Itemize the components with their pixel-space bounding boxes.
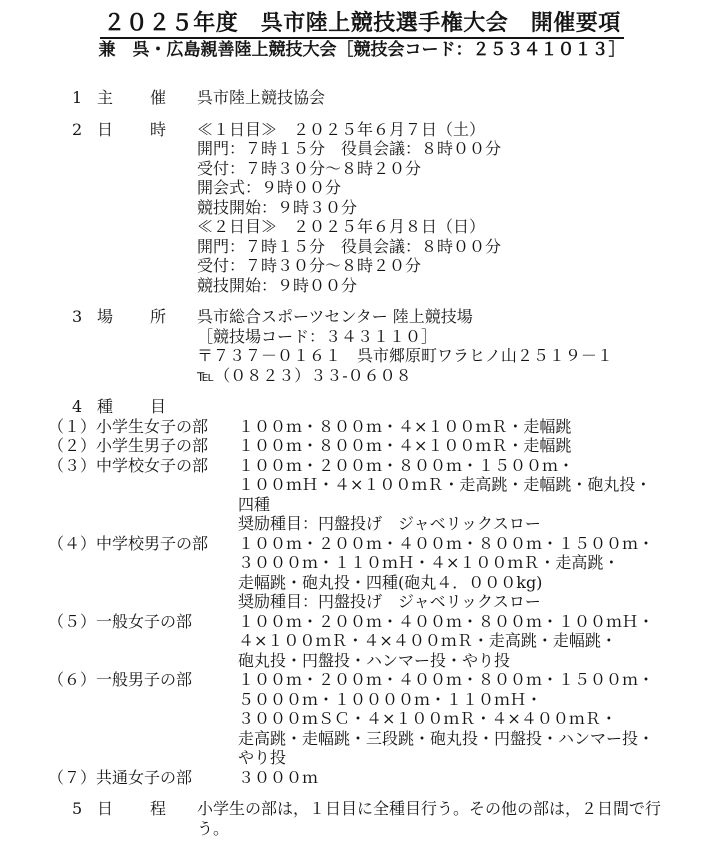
schedule-text-continuation: う。 xyxy=(0,819,724,839)
event-item-6-events: １００ｍ・２００ｍ・４００ｍ・８００ｍ・１５００ｍ・ xyxy=(238,670,654,690)
day1-start-time: 競技開始：９時３０分 xyxy=(197,198,357,218)
venue-address: 〒７３７－０１６１ 呉市郷原町ワラヒノ山２５１９－１ xyxy=(197,346,613,366)
venue-code-line: ［競技場コード：３４３１１０］ xyxy=(0,327,724,347)
section-3-number: 3 xyxy=(72,307,82,327)
page-subtitle: 兼 呉・広島親善陸上競技大会［競技会コード：２５３４１０１３］ xyxy=(99,40,626,60)
section-venue: 3 場 所 呉市総合スポーツセンター 陸上競技場 xyxy=(0,307,724,327)
event-item-4-encouragement: 奨励種目：円盤投げ ジャベリックスロー xyxy=(0,592,724,612)
event-item-1: （１）小学生女子の部 １００ｍ・８００ｍ・４×１００ｍＲ・走幅跳 xyxy=(0,417,724,437)
spacer xyxy=(0,295,724,307)
event-item-4: （４）中学校男子の部 １００ｍ・２００ｍ・４００ｍ・８００ｍ・１５００ｍ・ xyxy=(0,534,724,554)
section-4-label-char1: 種 xyxy=(97,397,113,417)
event-item-3-events: 四種 xyxy=(238,495,270,515)
event-item-5: （５）一般女子の部 １００ｍ・２００ｍ・４００ｍ・８００ｍ・１００ｍＨ・ xyxy=(0,612,724,632)
section-schedule: 5 日 程 小学生の部は，１日目に全種目行う。その他の部は，２日間で行 xyxy=(0,799,724,819)
venue-tel-line: ℡（０８２３）３３-０６０８ xyxy=(0,366,724,386)
event-item-6-events: やり投 xyxy=(238,748,286,768)
section-1-label-char2: 催 xyxy=(150,88,166,108)
spacer xyxy=(0,385,724,397)
schedule-text: 小学生の部は，１日目に全種目行う。その他の部は，２日間で行 xyxy=(197,799,661,819)
event-item-5-continuation: 砲丸投・円盤投・ハンマー投・やり投 xyxy=(0,651,724,671)
event-item-2-label: （２）小学生男子の部 xyxy=(48,436,208,456)
section-2-label-char2: 時 xyxy=(150,120,166,140)
venue-code: ［競技場コード：３４３１１０］ xyxy=(197,327,437,347)
event-item-3-events: １００ｍＨ・４×１００ｍＲ・走高跳・走幅跳・砲丸投・ xyxy=(238,475,651,495)
event-item-7: （７）共通女子の部 ３０００ｍ xyxy=(0,768,724,788)
day1-heading: ≪１日目≫ ２０２５年６月７日（土） xyxy=(197,120,485,140)
event-item-3-events: １００ｍ・２００ｍ・８００ｍ・１５００ｍ・ xyxy=(238,456,574,476)
event-item-3: （３）中学校女子の部 １００ｍ・２００ｍ・８００ｍ・１５００ｍ・ xyxy=(0,456,724,476)
section-4-number: 4 xyxy=(72,397,82,417)
event-item-7-events: ３０００ｍ xyxy=(238,768,318,788)
event-item-6-continuation: やり投 xyxy=(0,748,724,768)
section-events: 4 種 目 xyxy=(0,397,724,417)
document-page: ２０２５年度 呉市陸上競技選手権大会 開催要項 兼 呉・広島親善陸上競技大会［競… xyxy=(0,0,724,843)
event-item-2: （２）小学生男子の部 １００ｍ・８００ｍ・４×１００ｍＲ・走幅跳 xyxy=(0,436,724,456)
day2-heading-line: ≪２日目≫ ２０２５年６月８日（日） xyxy=(0,217,724,237)
day1-gate-line: 開門：７時１５分 役員会議：８時００分 xyxy=(0,139,724,159)
venue-name: 呉市総合スポーツセンター 陸上競技場 xyxy=(197,307,473,327)
section-5-label-char2: 程 xyxy=(150,799,166,819)
event-item-1-events: １００ｍ・８００ｍ・４×１００ｍＲ・走幅跳 xyxy=(238,417,571,437)
day2-gate-line: 開門：７時１５分 役員会議：８時００分 xyxy=(0,237,724,257)
venue-address-line: 〒７３７－０１６１ 呉市郷原町ワラヒノ山２５１９－１ xyxy=(0,346,724,366)
day2-reception-time: 受付：７時３０分～８時２０分 xyxy=(197,256,421,276)
day1-gate-time: 開門：７時１５分 役員会議：８時００分 xyxy=(197,139,501,159)
event-item-5-events: ４×１００ｍＲ・４×４００ｍＲ・走高跳・走幅跳・ xyxy=(238,631,617,651)
event-item-4-label: （４）中学校男子の部 xyxy=(48,534,208,554)
day2-reception-line: 受付：７時３０分～８時２０分 xyxy=(0,256,724,276)
event-item-5-events: 砲丸投・円盤投・ハンマー投・やり投 xyxy=(238,651,510,671)
section-3-label-char2: 所 xyxy=(150,307,166,327)
event-item-6-events: ３０００ｍＳＣ・４×１００ｍＲ・４×４００ｍＲ・ xyxy=(238,709,617,729)
event-item-6-continuation: 走高跳・走幅跳・三段跳・砲丸投・円盤投・ハンマー投・ xyxy=(0,729,724,749)
event-item-6-events: ５０００ｍ・１００００ｍ・１１０ｍＨ・ xyxy=(238,690,542,710)
event-item-3-continuation: 四種 xyxy=(0,495,724,515)
organizer-name: 呉市陸上競技協会 xyxy=(197,88,325,108)
event-item-4-continuation: ３０００ｍ・１１０ｍＨ・４×１００ｍＲ・走高跳・ xyxy=(0,553,724,573)
day1-start-line: 競技開始：９時３０分 xyxy=(0,198,724,218)
day1-opening-ceremony-line: 開会式：９時００分 xyxy=(0,178,724,198)
venue-tel: ℡（０８２３）３３-０６０８ xyxy=(197,366,412,386)
event-item-5-events: １００ｍ・２００ｍ・４００ｍ・８００ｍ・１００ｍＨ・ xyxy=(238,612,654,632)
section-organizer: 1 主 催 呉市陸上競技協会 xyxy=(0,88,724,108)
event-item-5-label: （５）一般女子の部 xyxy=(48,612,192,632)
event-item-3-encouragement: 奨励種目：円盤投げ ジャベリックスロー xyxy=(0,514,724,534)
event-item-3-continuation: １００ｍＨ・４×１００ｍＲ・走高跳・走幅跳・砲丸投・ xyxy=(0,475,724,495)
day1-reception-line: 受付：７時３０分～８時２０分 xyxy=(0,159,724,179)
event-item-1-label: （１）小学生女子の部 xyxy=(48,417,208,437)
event-item-4-continuation: 走幅跳・砲丸投・四種(砲丸４．０００kg) xyxy=(0,573,724,593)
section-1-label-char1: 主 xyxy=(97,88,113,108)
spacer xyxy=(0,108,724,120)
section-3-label-char1: 場 xyxy=(97,307,113,327)
event-item-3-label: （３）中学校女子の部 xyxy=(48,456,208,476)
day2-heading: ≪２日目≫ ２０２５年６月８日（日） xyxy=(197,217,485,237)
event-item-6-label: （６）一般男子の部 xyxy=(48,670,192,690)
day2-gate-time: 開門：７時１５分 役員会議：８時００分 xyxy=(197,237,501,257)
event-item-4-events: ３０００ｍ・１１０ｍＨ・４×１００ｍＲ・走高跳・ xyxy=(238,553,619,573)
page-title: ２０２５年度 呉市陸上競技選手権大会 開催要項 xyxy=(100,10,624,39)
event-item-6-continuation: ５０００ｍ・１００００ｍ・１１０ｍＨ・ xyxy=(0,690,724,710)
event-item-7-label: （７）共通女子の部 xyxy=(48,768,192,788)
section-1-number: 1 xyxy=(72,88,82,108)
day1-opening-ceremony-time: 開会式：９時００分 xyxy=(197,178,341,198)
day2-start-line: 競技開始：９時００分 xyxy=(0,276,724,296)
spacer xyxy=(0,60,724,88)
spacer xyxy=(0,787,724,799)
event-item-4-encouragement-events: 奨励種目：円盤投げ ジャベリックスロー xyxy=(238,592,541,612)
event-item-4-events: 走幅跳・砲丸投・四種(砲丸４．０００kg) xyxy=(238,573,542,593)
event-item-3-encouragement-events: 奨励種目：円盤投げ ジャベリックスロー xyxy=(238,514,541,534)
event-item-5-continuation: ４×１００ｍＲ・４×４００ｍＲ・走高跳・走幅跳・ xyxy=(0,631,724,651)
title-row: ２０２５年度 呉市陸上競技選手権大会 開催要項 xyxy=(0,10,724,39)
event-item-6: （６）一般男子の部 １００ｍ・２００ｍ・４００ｍ・８００ｍ・１５００ｍ・ xyxy=(0,670,724,690)
event-item-2-events: １００ｍ・８００ｍ・４×１００ｍＲ・走幅跳 xyxy=(238,436,571,456)
section-datetime: 2 日 時 ≪１日目≫ ２０２５年６月７日（土） xyxy=(0,120,724,140)
section-2-label-char1: 日 xyxy=(97,120,113,140)
section-4-label-char2: 目 xyxy=(150,397,166,417)
day1-reception-time: 受付：７時３０分～８時２０分 xyxy=(197,159,421,179)
section-2-number: 2 xyxy=(72,120,82,140)
section-5-label-char1: 日 xyxy=(97,799,113,819)
event-item-6-continuation: ３０００ｍＳＣ・４×１００ｍＲ・４×４００ｍＲ・ xyxy=(0,709,724,729)
section-5-number: 5 xyxy=(72,799,82,819)
subtitle-row: 兼 呉・広島親善陸上競技大会［競技会コード：２５３４１０１３］ xyxy=(0,39,724,60)
day2-start-time: 競技開始：９時００分 xyxy=(197,276,357,296)
event-item-6-events: 走高跳・走幅跳・三段跳・砲丸投・円盤投・ハンマー投・ xyxy=(238,729,654,749)
schedule-text: う。 xyxy=(197,819,229,839)
event-item-4-events: １００ｍ・２００ｍ・４００ｍ・８００ｍ・１５００ｍ・ xyxy=(238,534,654,554)
